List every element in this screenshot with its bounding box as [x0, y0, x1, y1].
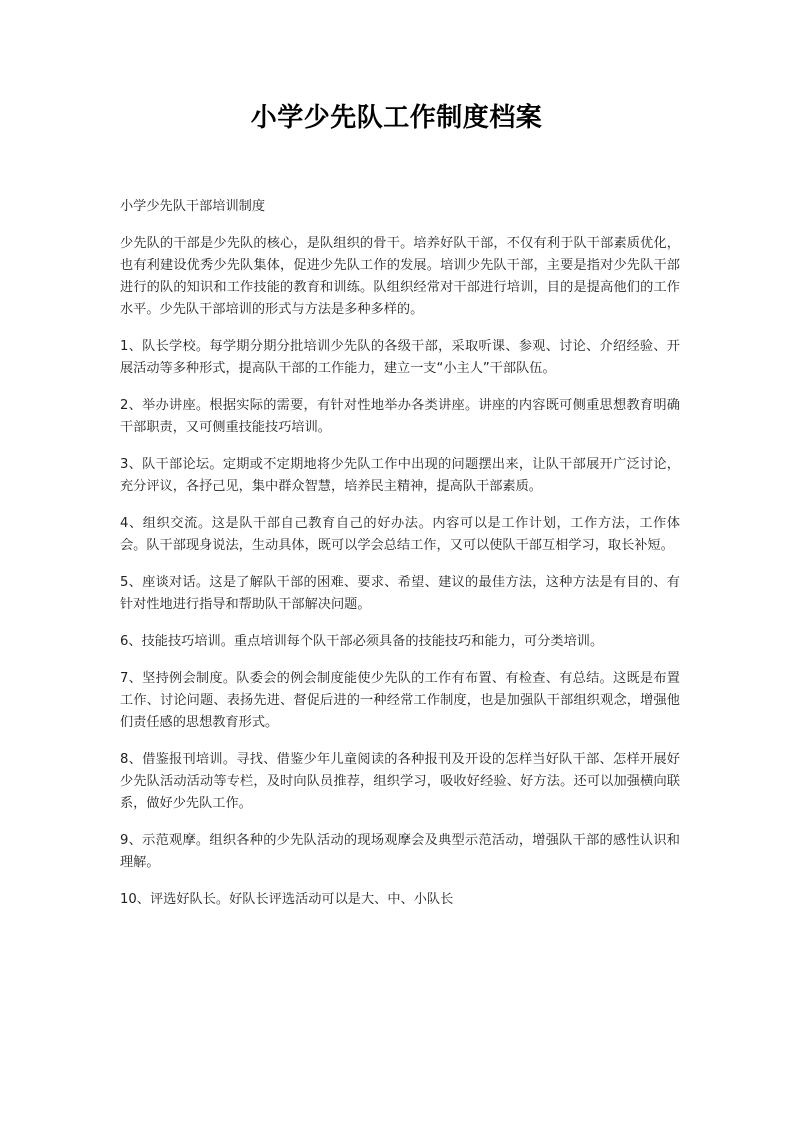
intro-paragraph: 少先队的干部是少先队的核心，是队组织的骨干。培养好队干部，不仅有利于队干部素质优… [120, 233, 680, 321]
list-item-5: 5、座谈对话。这是了解队干部的困难、要求、希望、建议的最佳方法，这种方法是有目的… [120, 572, 680, 616]
section-heading: 小学少先队干部培训制度 [120, 196, 680, 218]
list-item-10: 10、评选好队长。好队长评选活动可以是大、中、小队长 [120, 889, 680, 911]
list-item-8: 8、借鉴报刊培训。寻找、借鉴少年儿童阅读的各种报刊及开设的怎样当好队干部、怎样开… [120, 749, 680, 815]
list-item-4: 4、组织交流。这是队干部自己教育自己的好办法。内容可以是工作计划，工作方法，工作… [120, 513, 680, 557]
document-page: 小学少先队工作制度档案 小学少先队干部培训制度 少先队的干部是少先队的核心，是队… [0, 0, 793, 1122]
list-item-7: 7、坚持例会制度。队委会的例会制度能使少先队的工作有布置、有检查、有总结。这既是… [120, 668, 680, 734]
list-item-3: 3、队干部论坛。定期或不定期地将少先队工作中出现的问题摆出来，让队干部展开广泛讨… [120, 454, 680, 498]
document-title: 小学少先队工作制度档案 [0, 98, 793, 138]
document-body: 小学少先队干部培训制度 少先队的干部是少先队的核心，是队组织的骨干。培养好队干部… [120, 196, 680, 926]
list-item-2: 2、举办讲座。根据实际的需要，有针对性地举办各类讲座。讲座的内容既可侧重思想教育… [120, 395, 680, 439]
list-item-1: 1、队长学校。每学期分期分批培训少先队的各级干部，采取听课、参观、讨论、介绍经验… [120, 336, 680, 380]
list-item-9: 9、示范观摩。组织各种的少先队活动的现场观摩会及典型示范活动，增强队干部的感性认… [120, 830, 680, 874]
list-item-6: 6、技能技巧培训。重点培训每个队干部必须具备的技能技巧和能力，可分类培训。 [120, 631, 680, 653]
